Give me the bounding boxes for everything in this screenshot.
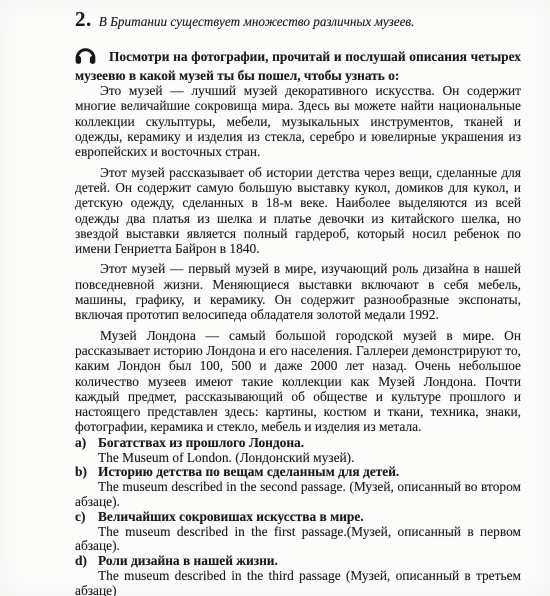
- museum-descriptions: Это музей — лучший музей декоративного и…: [75, 83, 521, 435]
- paragraph-museum-4: Музей Лондона — самый большой городской …: [75, 328, 521, 435]
- question-line-b: b)Историю детства по вещам сделанным для…: [75, 465, 521, 480]
- answer-text-d: The museum described in the third passag…: [75, 569, 521, 596]
- item-letter-c: c): [75, 510, 98, 525]
- item-letter-a: a): [75, 436, 98, 451]
- exercise-heading: 2.В Британии существует множество различ…: [75, 7, 521, 32]
- headphones-icon: [75, 47, 96, 68]
- item-letter-b: b): [75, 465, 98, 480]
- answer-item-b: b)Историю детства по вещам сделанным для…: [75, 465, 521, 509]
- task-instruction: Посмотри на фотографии, прочитай и послу…: [75, 47, 521, 83]
- textbook-page: 2.В Британии существует множество различ…: [0, 0, 550, 596]
- answer-text-b: The museum described in the second passa…: [75, 480, 521, 510]
- question-text-b: Историю детства по вещам сделанным для д…: [98, 464, 399, 479]
- question-line-c: c)Величайших сокровишах искусства в мире…: [75, 510, 521, 525]
- question-text-a: Богатствах из прошлого Лондона.: [98, 435, 304, 450]
- item-letter-d: d): [75, 554, 98, 569]
- answer-text-c: The museum described in the first passag…: [75, 525, 521, 555]
- answer-item-a: a)Богатствах из прошлого Лондона. The Mu…: [75, 436, 521, 466]
- answer-item-c: c)Величайших сокровишах искусства в мире…: [75, 510, 521, 554]
- answer-item-d: d)Роли дизайна в нашей жизни. The museum…: [75, 554, 521, 596]
- question-text-c: Величайших сокровишах искусства в мире.: [98, 509, 364, 524]
- question-line-d: d)Роли дизайна в нашей жизни.: [75, 554, 521, 569]
- task-text: Посмотри на фотографии, прочитай и послу…: [75, 49, 521, 83]
- paragraph-museum-3: Этот музей — первый музей в мире, изучаю…: [75, 261, 521, 322]
- exercise-intro: В Британии существует множество различны…: [99, 14, 415, 29]
- paragraph-museum-2: Этот музей рассказывает об истории детст…: [75, 165, 521, 257]
- question-text-d: Роли дизайна в нашей жизни.: [98, 553, 278, 568]
- answer-list: a)Богатствах из прошлого Лондона. The Mu…: [75, 436, 521, 596]
- paragraph-museum-1: Это музей — лучший музей декоративного и…: [75, 83, 521, 159]
- question-line-a: a)Богатствах из прошлого Лондона.: [75, 436, 521, 451]
- exercise-number: 2.: [75, 7, 92, 31]
- answer-text-a: The Museum of London. (Лондонский музей)…: [75, 451, 521, 466]
